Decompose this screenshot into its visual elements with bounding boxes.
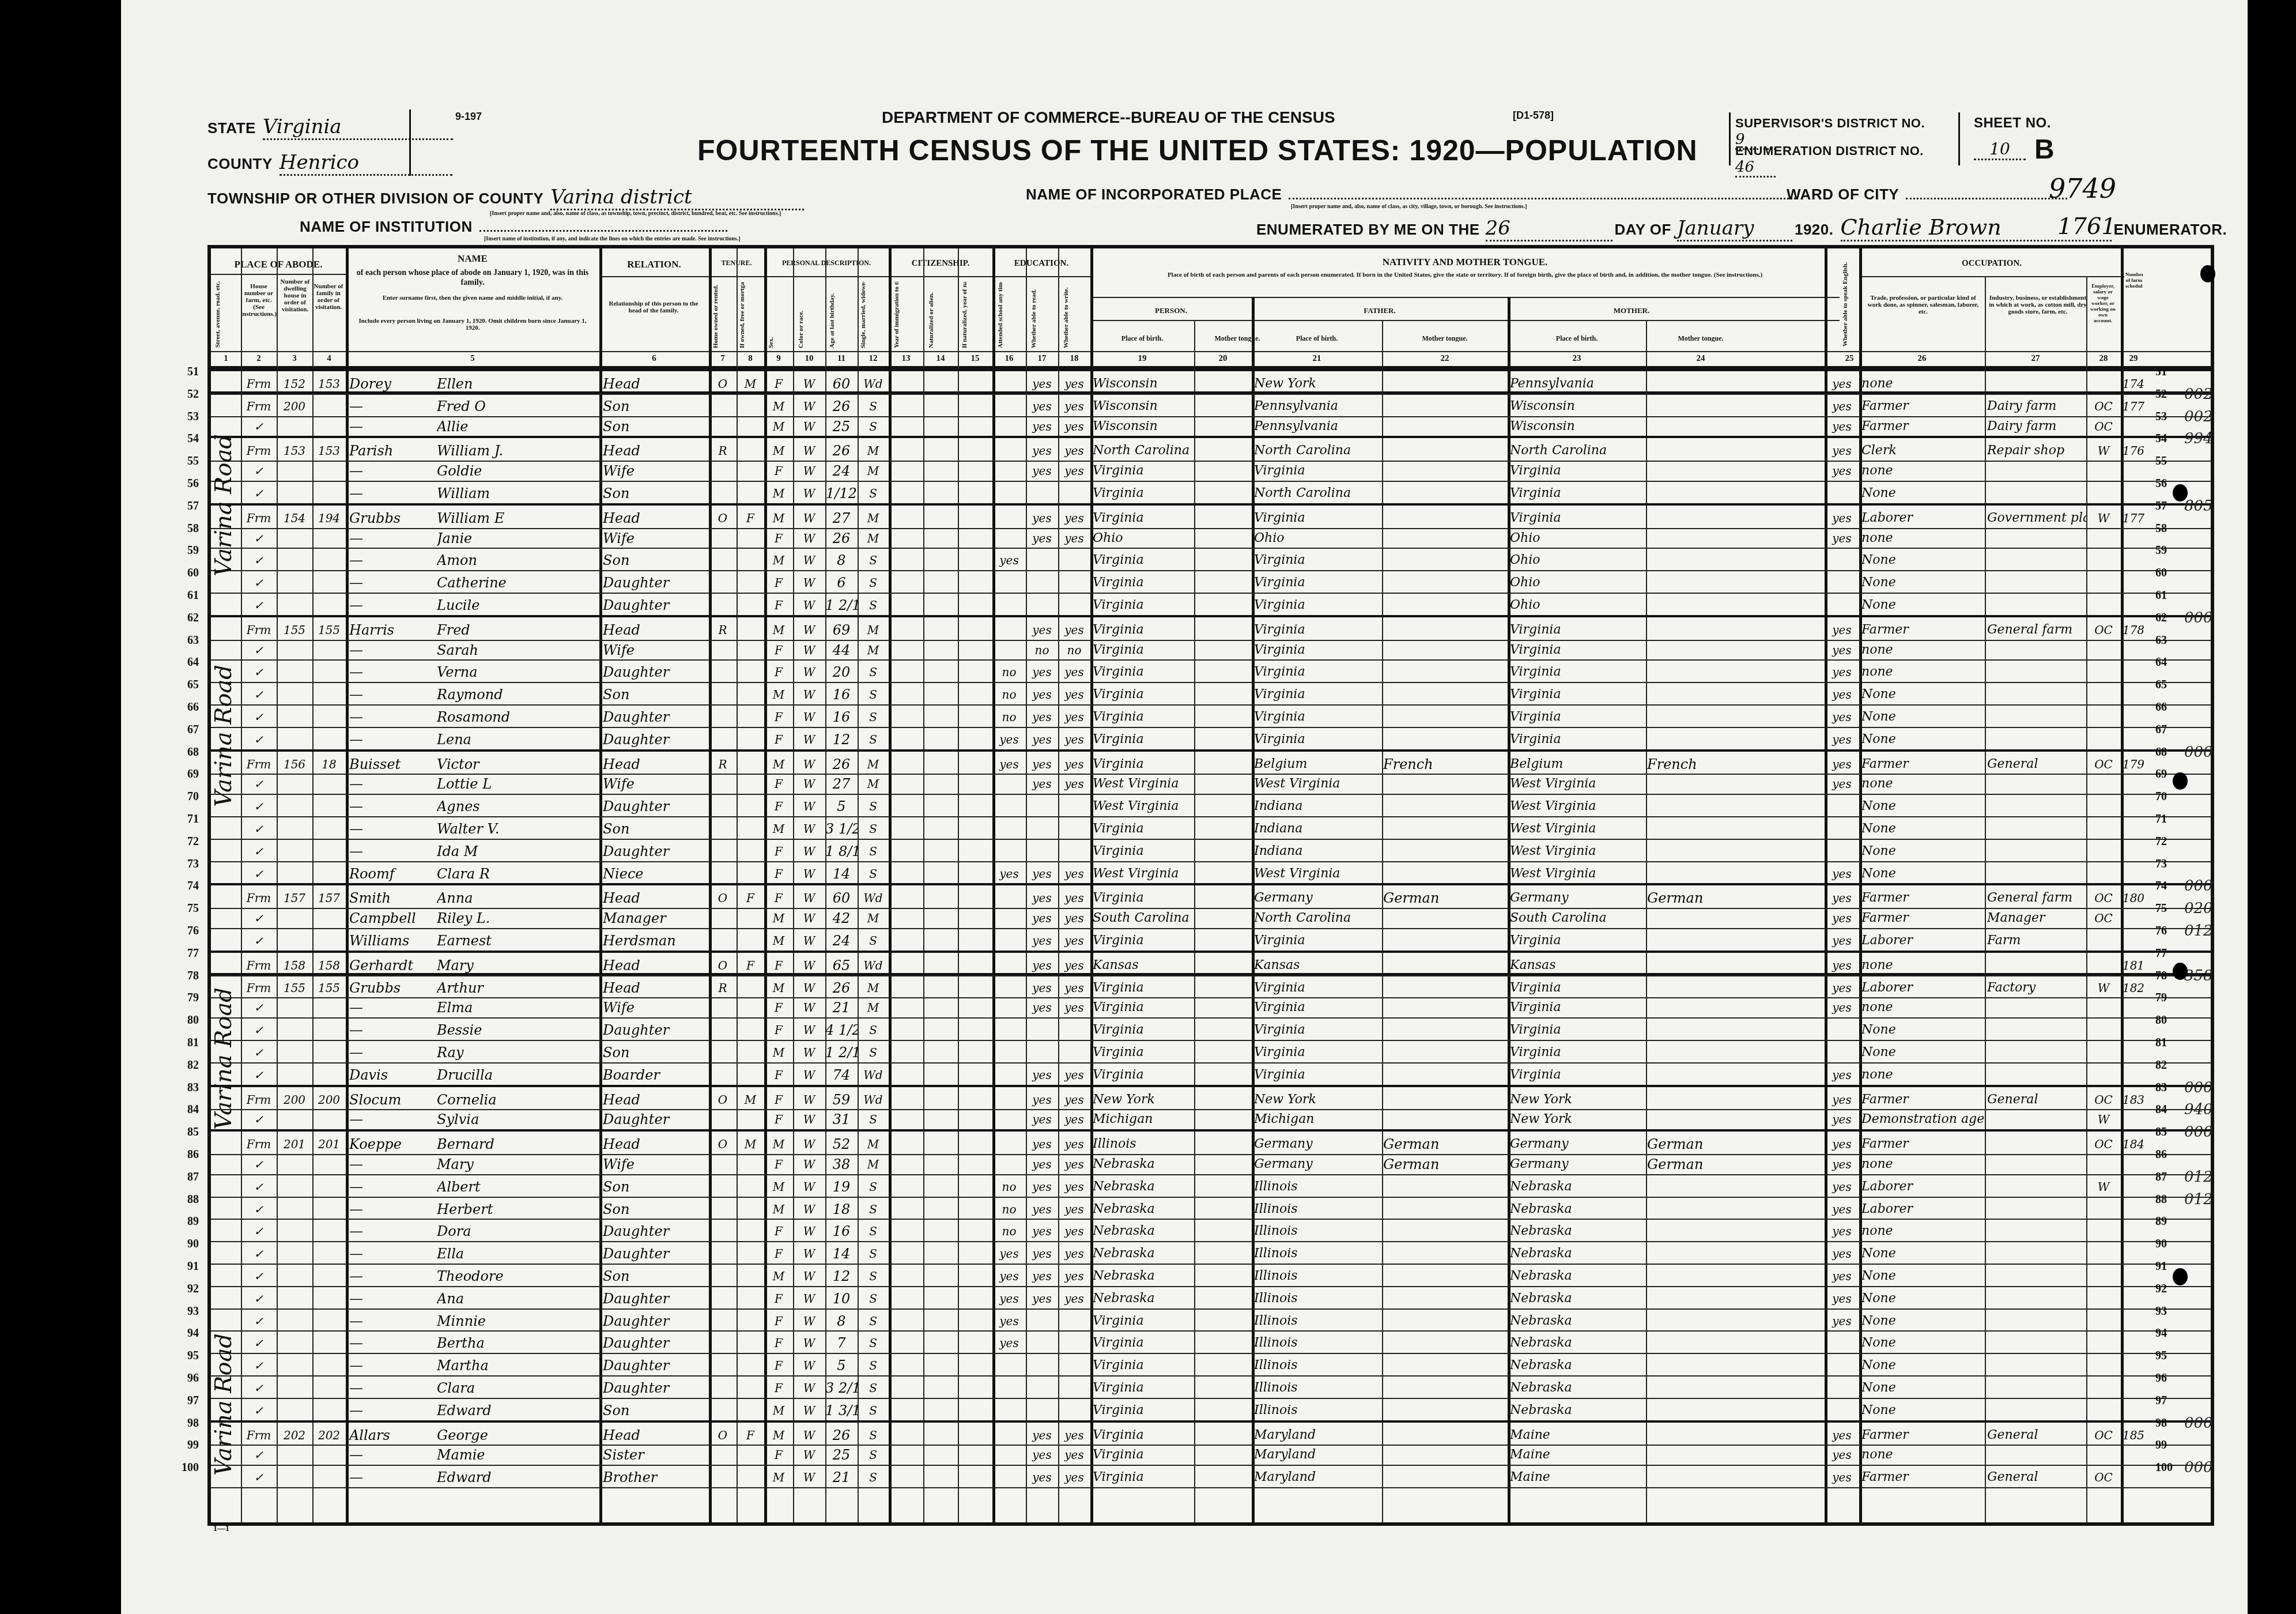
cell-surname: Grubbs — [349, 975, 436, 997]
cell-family — [312, 816, 346, 838]
cell-school — [992, 617, 1026, 639]
cell-write: yes — [1058, 1132, 1090, 1153]
cell-read: yes — [1026, 394, 1058, 416]
cell-f-mt — [1383, 1423, 1508, 1445]
table-row: ✓—EdwardSonMW1 3/12SVirginiaIllinoisNebr… — [211, 1398, 2211, 1421]
cell-f-pob: Virginia — [1254, 995, 1382, 1017]
group-nativity: Nativity and Mother Tongue. — [1090, 257, 1840, 268]
cell-pob: Virginia — [1093, 995, 1194, 1017]
cell-pob: Virginia — [1093, 1442, 1194, 1464]
line-number-right: 61 — [2155, 589, 2167, 602]
cell-marital: S — [858, 1330, 889, 1352]
cell-mt — [1195, 1017, 1252, 1039]
cell-relation: Daughter — [603, 1353, 709, 1375]
cell-pob: Nebraska — [1093, 1152, 1194, 1174]
cell-marital: M — [858, 526, 889, 548]
cell-school — [992, 1132, 1026, 1153]
cell-sex: M — [764, 816, 793, 838]
cell-dwelling: 155 — [277, 617, 312, 639]
cell-f-mt — [1383, 682, 1508, 704]
cell-race: W — [793, 704, 825, 726]
cell-mt — [1195, 438, 1252, 460]
line-number-right: 81 — [2155, 1036, 2167, 1050]
table-row: ✓—CatherineDaughterFW6SVirginiaVirginiaO… — [211, 570, 2211, 594]
cell-f-mt — [1383, 839, 1508, 861]
cell-english — [1825, 1017, 1859, 1039]
line-number: 56 — [176, 477, 199, 491]
cell-industry — [1987, 548, 2086, 570]
line-number-right: 73 — [2155, 858, 2167, 871]
cell-school — [992, 953, 1026, 975]
line-number: 69 — [176, 768, 199, 781]
district-box: Supervisor's District No. 9 Enumeration … — [1729, 112, 1960, 165]
cell-family — [312, 1264, 346, 1285]
cell-own — [709, 526, 737, 548]
line-number-right: 97 — [2155, 1394, 2167, 1408]
cell-occupation: None — [1861, 1330, 1985, 1352]
line-number-right: 71 — [2155, 813, 2167, 826]
cell-house: ✓ — [241, 458, 277, 480]
cell-race: W — [793, 816, 825, 838]
cell-age: 19 — [825, 1174, 858, 1196]
cell-surname: — — [349, 659, 436, 681]
table-row: ✓—Walter V.SonMW3 1/2SVirginiaIndianaWes… — [211, 816, 2211, 840]
cell-read: yes — [1026, 995, 1058, 1017]
cell-f-pob: Virginia — [1254, 727, 1382, 749]
cell-own — [709, 638, 737, 659]
cell-write: yes — [1058, 1062, 1090, 1084]
cell-f-pob: Illinois — [1254, 1241, 1382, 1263]
cell-surname: Roomf — [349, 861, 436, 883]
colnum-8: 8 — [737, 351, 764, 366]
cell-own — [709, 1398, 737, 1420]
cell-write: yes — [1058, 727, 1090, 749]
occupation-rule — [1859, 276, 2124, 277]
cell-m-mt — [1647, 727, 1755, 749]
line-number: 72 — [176, 835, 199, 849]
cell-read: yes — [1026, 1286, 1058, 1308]
cell-farm — [2121, 1197, 2146, 1219]
cell-sex: M — [764, 394, 793, 416]
cell-write: yes — [1058, 1152, 1090, 1174]
cell-family — [312, 1152, 346, 1174]
cell-marital: S — [858, 839, 889, 861]
cell-m-pob: Ohio — [1510, 526, 1646, 548]
cell-free — [737, 1107, 764, 1129]
line-number-right: 96 — [2155, 1372, 2167, 1385]
cell-sex: M — [764, 1132, 793, 1153]
cell-surname: — — [349, 570, 436, 592]
cell-mt — [1195, 727, 1252, 749]
cell-class: OC — [2086, 906, 2121, 927]
cell-industry — [1987, 704, 2086, 726]
cell-age: 60 — [825, 885, 858, 907]
cell-sex: F — [764, 458, 793, 480]
cell-read: yes — [1026, 458, 1058, 480]
cell-farm — [2121, 682, 2146, 704]
cell-pob: Wisconsin — [1093, 394, 1194, 416]
department-heading: DEPARTMENT OF COMMERCE--BUREAU OF THE CE… — [882, 108, 1335, 127]
cell-family — [312, 1241, 346, 1263]
cell-industry: Repair shop — [1987, 438, 2086, 460]
cell-pob: Virginia — [1093, 704, 1194, 726]
cell-m-pob: Maine — [1510, 1465, 1646, 1487]
cell-farm — [2121, 414, 2146, 436]
cell-surname: — — [349, 1465, 436, 1487]
cell-house: Frm — [241, 752, 277, 774]
cell-pob: Virginia — [1093, 570, 1194, 592]
cell-dwelling — [277, 1308, 312, 1330]
cell-class — [2086, 1017, 2121, 1039]
cell-free — [737, 1062, 764, 1084]
cell-dwelling — [277, 638, 312, 659]
cell-f-pob: Illinois — [1254, 1286, 1382, 1308]
cell-m-mt — [1647, 481, 1755, 503]
cell-school — [992, 975, 1026, 997]
cell-occupation: None — [1861, 481, 1985, 503]
cell-school — [992, 816, 1026, 838]
cell-marital: S — [858, 1241, 889, 1263]
cell-age: 20 — [825, 659, 858, 681]
cell-m-mt: German — [1647, 885, 1755, 907]
cell-industry: General — [1987, 752, 2086, 774]
line-number: 84 — [176, 1103, 199, 1117]
cell-street — [211, 1264, 241, 1285]
enumerated-month: January — [1677, 217, 1792, 242]
cell-f-mt — [1383, 1197, 1508, 1219]
cell-english: yes — [1825, 1219, 1859, 1240]
cell-school — [992, 1375, 1026, 1397]
county-field: County Henrico — [207, 151, 452, 176]
cell-english: yes — [1825, 1197, 1859, 1219]
cell-farm — [2121, 1353, 2146, 1375]
cell-pob: Virginia — [1093, 481, 1194, 503]
cell-class: OC — [2086, 1132, 2121, 1153]
cell-read: yes — [1026, 1087, 1058, 1109]
cell-dwelling: 154 — [277, 506, 312, 527]
line-number: 92 — [176, 1283, 199, 1296]
township-label: Township or other division of county — [207, 190, 543, 207]
line-number: 71 — [176, 813, 199, 826]
cell-surname: — — [349, 1353, 436, 1375]
line-number: 66 — [176, 701, 199, 714]
cell-english — [1825, 593, 1859, 614]
line-number-right: 52 — [2155, 388, 2167, 401]
cell-m-pob: Ohio — [1510, 548, 1646, 570]
cell-industry — [1987, 1286, 2086, 1308]
cell-street — [211, 1286, 241, 1308]
cell-sex: F — [764, 593, 793, 614]
cell-m-mt — [1647, 1174, 1755, 1196]
cell-sex: F — [764, 1152, 793, 1174]
occupation-code: 994 — [2184, 430, 2213, 447]
table-row: ✓—RaySonMW1 2/12SVirginiaVirginiaVirgini… — [211, 1040, 2211, 1064]
occupation-code: 002 — [2184, 386, 2213, 403]
cell-school — [992, 438, 1026, 460]
line-number-right: 75 — [2155, 902, 2167, 915]
cell-own — [709, 1062, 737, 1084]
cell-m-mt — [1647, 1375, 1755, 1397]
cell-mt — [1195, 526, 1252, 548]
cell-relation: Wife — [603, 458, 709, 480]
cell-english — [1825, 816, 1859, 838]
cell-dwelling — [277, 839, 312, 861]
cell-relation: Son — [603, 682, 709, 704]
cell-m-pob: Nebraska — [1510, 1219, 1646, 1240]
table-row: ✓—ElmaWifeFW21MyesyesVirginiaVirginiaVir… — [211, 995, 2211, 1019]
cell-f-pob: North Carolina — [1254, 481, 1382, 503]
cell-m-pob: Nebraska — [1510, 1197, 1646, 1219]
cell-m-pob: Belgium — [1510, 752, 1646, 774]
cell-industry — [1987, 861, 2086, 883]
cell-school — [992, 794, 1026, 816]
table-row: ✓—Lottie LWifeFW27MyesyesWest VirginiaWe… — [211, 771, 2211, 795]
cell-m-mt — [1647, 1017, 1755, 1039]
institution-label: Name of Institution — [300, 218, 473, 235]
cell-industry: Dairy farm — [1987, 414, 2086, 436]
cell-given: Edward — [437, 1398, 598, 1420]
cell-write — [1058, 1353, 1090, 1375]
cell-write — [1058, 839, 1090, 861]
cell-write: yes — [1058, 975, 1090, 997]
cell-marital: S — [858, 1197, 889, 1219]
cell-m-mt — [1647, 1308, 1755, 1330]
cell-own: O — [709, 1423, 737, 1445]
cell-class — [2086, 839, 2121, 861]
cell-english — [1825, 1398, 1859, 1420]
cell-relation: Brother — [603, 1465, 709, 1487]
cell-write: yes — [1058, 659, 1090, 681]
cell-given: Ray — [437, 1040, 598, 1062]
ward-value — [1906, 198, 2067, 199]
table-row: ✓—AllieSonMW25SyesyesWisconsinPennsylvan… — [211, 414, 2211, 438]
incorporated-place-label: Name of incorporated place — [1026, 186, 1282, 203]
cell-race: W — [793, 975, 825, 997]
cell-write: yes — [1058, 1423, 1090, 1445]
occupation-code: 000 — [2184, 877, 2213, 895]
cell-occupation: Demonstration agent — [1861, 1107, 1985, 1129]
cell-dwelling — [277, 1264, 312, 1285]
colnum-15: 15 — [958, 351, 992, 366]
cell-house: ✓ — [241, 481, 277, 503]
cell-m-mt — [1647, 638, 1755, 659]
cell-age: 14 — [825, 1241, 858, 1263]
cell-school: no — [992, 704, 1026, 726]
cell-english: yes — [1825, 771, 1859, 793]
cell-f-mt — [1383, 526, 1508, 548]
cell-write: yes — [1058, 438, 1090, 460]
cell-surname: — — [349, 995, 436, 1017]
cell-f-mt — [1383, 1174, 1508, 1196]
cell-occupation: None — [1861, 861, 1985, 883]
cell-given: George — [437, 1423, 598, 1445]
line-number-right: 69 — [2155, 768, 2167, 781]
cell-dwelling: 158 — [277, 953, 312, 975]
cell-given: Arthur — [437, 975, 598, 997]
cell-race: W — [793, 1442, 825, 1464]
cell-english: yes — [1825, 526, 1859, 548]
cell-free — [737, 839, 764, 861]
cell-surname: — — [349, 1398, 436, 1420]
line-number: 88 — [176, 1193, 199, 1206]
cell-school — [992, 928, 1026, 950]
cell-class — [2086, 638, 2121, 659]
cell-class: W — [2086, 975, 2121, 997]
cell-pob: West Virginia — [1093, 794, 1194, 816]
father-mt-heading: Mother tongue. — [1382, 335, 1508, 342]
cell-f-mt — [1383, 593, 1508, 614]
table-row: ✓—MamieSisterFW25SyesyesVirginiaMaryland… — [211, 1442, 2211, 1466]
cell-family: 202 — [312, 1423, 346, 1445]
cell-m-mt — [1647, 1197, 1755, 1219]
cell-farm — [2121, 1062, 2146, 1084]
cell-m-pob: Virginia — [1510, 727, 1646, 749]
cell-age: 74 — [825, 1062, 858, 1084]
cell-given: Cornelia — [437, 1087, 598, 1109]
cell-read: yes — [1026, 727, 1058, 749]
cell-write: yes — [1058, 1197, 1090, 1219]
colnum-14: 14 — [923, 351, 958, 366]
cell-school — [992, 885, 1026, 907]
cell-pob: Virginia — [1093, 593, 1194, 614]
cell-industry — [1987, 995, 2086, 1017]
cell-family — [312, 1062, 346, 1084]
cell-mt — [1195, 506, 1252, 527]
cell-m-pob: Virginia — [1510, 506, 1646, 527]
cell-read: yes — [1026, 1264, 1058, 1285]
cell-f-pob: Virginia — [1254, 548, 1382, 570]
cell-school — [992, 1152, 1026, 1174]
cell-surname: Williams — [349, 928, 436, 950]
cell-sex: F — [764, 1308, 793, 1330]
cell-race: W — [793, 371, 825, 393]
cell-free: M — [737, 1087, 764, 1109]
cell-marital: Wd — [858, 371, 889, 393]
group-education: Education. — [992, 259, 1090, 269]
cell-family — [312, 1286, 346, 1308]
cell-m-pob: Nebraska — [1510, 1174, 1646, 1196]
cell-read: yes — [1026, 506, 1058, 527]
cell-marital: Wd — [858, 1062, 889, 1084]
cell-m-pob: Maine — [1510, 1423, 1646, 1445]
colnum-17: 17 — [1026, 351, 1058, 366]
sheet-number: 10 — [1974, 139, 2026, 160]
line-number-right: 100 — [2155, 1461, 2173, 1475]
cell-english: yes — [1825, 458, 1859, 480]
cell-house: Frm — [241, 885, 277, 907]
cell-mt — [1195, 1423, 1252, 1445]
cell-class — [2086, 995, 2121, 1017]
cell-f-pob: Illinois — [1254, 1219, 1382, 1240]
cell-own — [709, 861, 737, 883]
cell-f-mt — [1383, 1241, 1508, 1263]
cell-write: yes — [1058, 1465, 1090, 1487]
c4-heading: Number of family in order of visitation. — [312, 283, 345, 311]
cell-family — [312, 1398, 346, 1420]
cell-pob: Virginia — [1093, 928, 1194, 950]
cell-write — [1058, 481, 1090, 503]
cell-pob: Virginia — [1093, 1465, 1194, 1487]
cell-house: ✓ — [241, 1152, 277, 1174]
cell-house: ✓ — [241, 1465, 277, 1487]
cell-m-pob: Maine — [1510, 1442, 1646, 1464]
line-number-right: 58 — [2155, 522, 2167, 536]
cell-english: yes — [1825, 1174, 1859, 1196]
cell-own — [709, 727, 737, 749]
occupation-trade-heading: Trade, profession, or particular kind of… — [1863, 295, 1984, 315]
county-label: County — [207, 155, 273, 172]
cell-mt — [1195, 953, 1252, 975]
cell-house: ✓ — [241, 570, 277, 592]
ward-label: Ward of city — [1787, 186, 1899, 203]
sheet-label: Sheet No. — [1974, 115, 2051, 131]
cell-family — [312, 659, 346, 681]
cell-race: W — [793, 1423, 825, 1445]
line-number: 94 — [176, 1327, 199, 1340]
table-row: ✓—SarahWifeFW44MnonoVirginiaVirginiaVirg… — [211, 638, 2211, 661]
cell-given: Victor — [437, 752, 598, 774]
line-number-right: 88 — [2155, 1193, 2167, 1206]
cell-school — [992, 839, 1026, 861]
incorporated-place-field: Name of incorporated place [Insert prope… — [1026, 186, 1796, 210]
cell-m-pob: Ohio — [1510, 570, 1646, 592]
cell-given: Minnie — [437, 1308, 598, 1330]
state-value: Virginia — [263, 115, 453, 140]
nativity-subrule — [1090, 320, 1840, 321]
cell-read: yes — [1026, 1241, 1058, 1263]
cell-pob: Virginia — [1093, 816, 1194, 838]
cell-occupation: None — [1861, 704, 1985, 726]
cell-relation: Son — [603, 1040, 709, 1062]
cell-m-mt — [1647, 394, 1755, 416]
cell-mt — [1195, 481, 1252, 503]
cell-school — [992, 771, 1026, 793]
line-number: 77 — [176, 947, 199, 960]
cell-free — [737, 1330, 764, 1352]
cell-pob: Wisconsin — [1093, 414, 1194, 436]
cell-age: 27 — [825, 771, 858, 793]
form-code: [D1-578] — [1513, 110, 1554, 122]
cell-read: no — [1026, 638, 1058, 659]
cell-dwelling: 200 — [277, 1087, 312, 1109]
cell-mt — [1195, 1107, 1252, 1129]
cell-own: R — [709, 752, 737, 774]
cell-marital: S — [858, 394, 889, 416]
cell-marital: S — [858, 816, 889, 838]
cell-dwelling — [277, 414, 312, 436]
cell-occupation: none — [1861, 771, 1985, 793]
cell-street — [211, 1241, 241, 1263]
c25-heading: Whether able to speak English. — [1842, 260, 1858, 346]
table-row: ✓—RaymondSonMW16SnoyesyesVirginiaVirgini… — [211, 682, 2211, 706]
cell-industry — [1987, 570, 2086, 592]
margin-note-2: Varina Road — [210, 665, 237, 807]
cell-m-pob: Virginia — [1510, 458, 1646, 480]
cell-relation: Daughter — [603, 794, 709, 816]
cell-mt — [1195, 1353, 1252, 1375]
cell-industry — [1987, 1398, 2086, 1420]
cell-class — [2086, 1286, 2121, 1308]
line-number-right: 86 — [2155, 1148, 2167, 1162]
cell-industry — [1987, 1062, 2086, 1084]
incorporated-place-hint: [Insert proper name and, also, name of c… — [1291, 203, 1796, 210]
cell-age: 21 — [825, 995, 858, 1017]
line-number: 82 — [176, 1059, 199, 1072]
line-number-right: 74 — [2155, 880, 2167, 893]
cell-read: yes — [1026, 1132, 1058, 1153]
cell-marital: S — [858, 1353, 889, 1375]
cell-mt — [1195, 1375, 1252, 1397]
